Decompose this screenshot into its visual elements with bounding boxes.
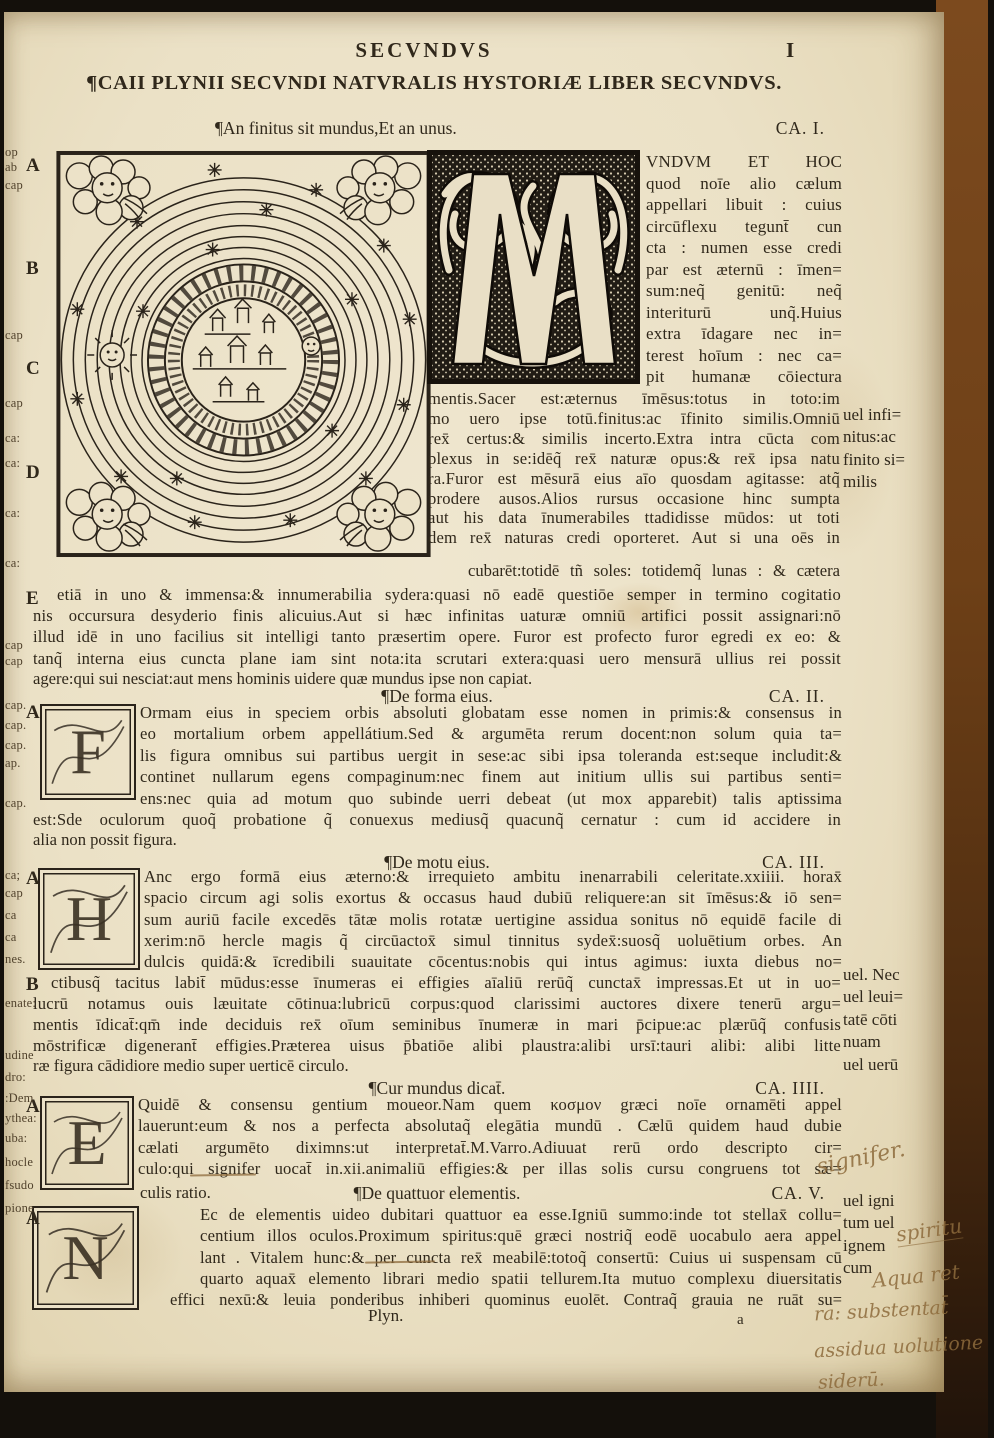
text-line: plexus in se:idēq̃ rex̄ naturæ opus:& re… bbox=[428, 449, 840, 469]
initial-M-woodcut bbox=[427, 150, 640, 384]
text-line: culo:qui signifer uocat̄ in.xii.animaliū… bbox=[138, 1158, 842, 1179]
text-line: par est æternū : īmen= bbox=[646, 259, 842, 281]
text-line: sum:neq̃ genitū: neq̃ bbox=[646, 280, 842, 302]
text-line: cælati argumēto diximns:ut interpretat̄.… bbox=[138, 1137, 842, 1158]
note-line: nitus:ac bbox=[843, 426, 939, 448]
note-line: uel uerū bbox=[843, 1054, 939, 1076]
edge-fragment: :Dem bbox=[5, 1091, 34, 1106]
text-line: aut his data īnumerabiles ttadidisse mūd… bbox=[428, 508, 840, 528]
edge-fragment: cap bbox=[5, 178, 23, 193]
edge-fragment: cap bbox=[5, 654, 23, 669]
text-line: quod noīe alio cælum bbox=[646, 173, 842, 195]
edge-fragment: cap bbox=[5, 396, 23, 411]
text-line: spacio circum agi solis exortus & occasu… bbox=[144, 887, 842, 908]
text-line: sum auriū facile excedēs tātæ molis rota… bbox=[144, 909, 842, 930]
text-line: xerim:nō hercle magis q̃ circūactox̄ sim… bbox=[144, 930, 842, 951]
chapter-3-fullwidth: ctibusq̃ tacitus labit̄ mūdus:esse īnume… bbox=[33, 972, 841, 1056]
initial-H-woodcut: H bbox=[38, 868, 140, 970]
book-page: SECVNDVS I ¶CAII PLYNII SECVNDI NATVRALI… bbox=[4, 12, 944, 1392]
edge-fragment: ca; bbox=[5, 868, 20, 883]
text-line: extra īdagare nec in= bbox=[646, 323, 842, 345]
running-head: SECVNDVS bbox=[4, 38, 844, 63]
edge-fragment: op bbox=[5, 145, 18, 160]
margin-letter: C bbox=[26, 358, 52, 380]
chapter-1-fullwidth: etiā in uno & immensa:& innumerabilia sy… bbox=[33, 584, 841, 669]
margin-letter: B bbox=[26, 258, 52, 280]
edge-fragment: ap. bbox=[5, 756, 21, 771]
chapter-2-last-line: alia non possit figura. bbox=[33, 830, 177, 850]
edge-fragment: enate: bbox=[5, 996, 36, 1011]
printed-margin-note-2: uel. Necuel leui=tatē cōtinuamuel uerū bbox=[843, 964, 939, 1076]
edge-fragment: ythea: bbox=[5, 1111, 37, 1126]
text-line: ctibusq̃ tacitus labit̄ mūdus:esse īnume… bbox=[33, 972, 841, 993]
text-line: etiā in uno & immensa:& innumerabilia sy… bbox=[33, 584, 841, 605]
folio-number: I bbox=[786, 38, 795, 63]
chapter-2-fullwidth: est:Sde oculorum quoq̃ probatione q̃ con… bbox=[33, 809, 841, 830]
text-line: VNDVM ET HOC bbox=[646, 151, 842, 173]
edge-fragment: fsudo bbox=[5, 1178, 34, 1193]
chapter-2-text: Ormam eius in speciem orbis absoluti glo… bbox=[140, 702, 842, 809]
chapter-1-column: VNDVM ET HOCquod noīe alio cælumappellar… bbox=[646, 151, 842, 388]
text-line: Ormam eius in speciem orbis absoluti glo… bbox=[140, 702, 842, 723]
note-line: tatē cōti bbox=[843, 1009, 939, 1031]
text-line: dulcis quidā:& īcredibili suauitate cōce… bbox=[144, 951, 842, 972]
edge-fragment: ca bbox=[5, 930, 17, 945]
margin-letter: A bbox=[26, 868, 52, 890]
chapter-5-number: CA. V. bbox=[771, 1183, 825, 1204]
text-line: mentis.Sacer est:æternus īmēsus:totus in… bbox=[428, 389, 840, 409]
text-line: cta : numen esse credi bbox=[646, 237, 842, 259]
chapter-5-last-line: effici nexū:& leuia ponderibus inhiberi … bbox=[170, 1290, 842, 1310]
text-line: Quidē & consensu gentium moueor.Nam quem… bbox=[138, 1094, 842, 1115]
chapter-3-text: Anc ergo formā eius æterno:& irrequieto … bbox=[144, 866, 842, 972]
chapter-4-text: Quidē & consensu gentium moueor.Nam quem… bbox=[138, 1094, 842, 1179]
text-line: quarto aquax̄ elemento librari medio spa… bbox=[200, 1268, 842, 1289]
text-line: rex̄ certus:& similis incerto.Extra intr… bbox=[428, 429, 840, 449]
text-line: appellari libuit : cuius bbox=[646, 194, 842, 216]
margin-letter: A bbox=[26, 702, 52, 724]
initial-letter: N bbox=[62, 1226, 108, 1290]
edge-fragment: cap bbox=[5, 328, 23, 343]
sun-face bbox=[87, 330, 137, 380]
edge-fragment: ca: bbox=[5, 431, 20, 446]
initial-letter: F bbox=[70, 720, 106, 784]
edge-fragment: pione bbox=[5, 1201, 34, 1216]
text-line: ens:nec quia ad motum quo subinde uerri … bbox=[140, 788, 842, 809]
initial-E-woodcut: E bbox=[40, 1096, 134, 1190]
text-line: terest hoīum : nec ca= bbox=[646, 345, 842, 367]
note-line: uel. Nec bbox=[843, 964, 939, 986]
chapter-5-heading-row: culis ratio. ¶De quattuor elementis. CA.… bbox=[33, 1183, 841, 1205]
text-line: mōstrificæ digenerant̄ effigies.Præterea… bbox=[33, 1035, 841, 1056]
edge-fragment: cap. bbox=[5, 698, 26, 713]
edge-fragment: ca: bbox=[5, 556, 20, 571]
edge-fragment: ca: bbox=[5, 506, 20, 521]
edge-fragment: udine bbox=[5, 1048, 34, 1063]
text-line: eo mortalium orbem appellátium.Sed & arg… bbox=[140, 723, 842, 744]
text-line: mentis īdicat̄:qm̄ inde deciduis rex̄ oī… bbox=[33, 1014, 841, 1035]
edge-fragment: cap bbox=[5, 638, 23, 653]
text-line: illud idē in uno facilius sit intelligi … bbox=[33, 626, 841, 647]
note-line: uel igni bbox=[843, 1190, 939, 1212]
edge-fragment: hocle bbox=[5, 1155, 33, 1170]
text-line: mo uero ipse totū.finitus:ac īfinito sim… bbox=[428, 409, 840, 429]
margin-letter: B bbox=[26, 974, 52, 996]
cosmos-woodcut bbox=[55, 150, 432, 558]
book-title: ¶CAII PLYNII SECVNDI NATVRALIS HYSTORIÆ … bbox=[4, 72, 864, 95]
note-line: uel infi= bbox=[843, 404, 939, 426]
edge-fragment: cap. bbox=[5, 796, 26, 811]
text-line: lauerunt:eum & nos a perfecta absolutaq̃… bbox=[138, 1115, 842, 1136]
note-line: nuam bbox=[843, 1031, 939, 1053]
text-line: ra.Furor est mēsurā eius aīo quosdam agi… bbox=[428, 469, 840, 489]
catchword: Plyn. bbox=[368, 1306, 403, 1326]
wind-head-ne bbox=[337, 156, 421, 225]
margin-letter: D bbox=[26, 462, 52, 484]
chapter-1-hanging-line: cubarēt:totidē tñ soles: totidemq̃ lunas… bbox=[468, 561, 840, 581]
photo-backdrop: SECVNDVS I ¶CAII PLYNII SECVNDI NATVRALI… bbox=[0, 0, 994, 1438]
text-line: Anc ergo formā eius æterno:& irrequieto … bbox=[144, 866, 842, 887]
edge-fragment: ab bbox=[5, 160, 17, 175]
chapter-1-heading-row: ¶An finitus sit mundus,Et an unus. CA. I… bbox=[33, 118, 841, 140]
earth-buildings bbox=[193, 299, 287, 401]
chapter-3-last-line: ræ figura cādidiore medio super uerticē … bbox=[33, 1056, 349, 1076]
moon-face bbox=[302, 337, 320, 355]
note-line: uel leui= bbox=[843, 986, 939, 1008]
edge-fragment: dro: bbox=[5, 1070, 26, 1085]
edge-fragment: ca bbox=[5, 908, 17, 923]
chapter-5-heading: ¶De quattuor elementis. bbox=[33, 1183, 841, 1204]
text-line: lucrū notamus ouis læuitate cōtinua:lubr… bbox=[33, 993, 841, 1014]
text-line: pit humanæ cōiectura bbox=[646, 366, 842, 388]
margin-letter: A bbox=[26, 155, 52, 177]
chapter-1-number: CA. I. bbox=[776, 118, 825, 139]
text-line: prodere ausos.Alios rursus occasione hin… bbox=[428, 489, 840, 509]
note-line: finito si= bbox=[843, 449, 939, 471]
handwritten-note: siderū. bbox=[817, 1368, 885, 1393]
margin-letter: E bbox=[26, 588, 52, 610]
text-line: lis figura omnibus sui partibus uergit i… bbox=[140, 745, 842, 766]
chapter-5-text: Ec de elementis uideo dubitari quattuor … bbox=[200, 1204, 842, 1290]
edge-fragment: nes. bbox=[5, 952, 26, 967]
initial-letter: H bbox=[66, 887, 112, 951]
initial-letter: E bbox=[67, 1111, 106, 1175]
text-line: lant . Vitalem hunc:& per cuncta rex̄ me… bbox=[200, 1247, 842, 1268]
text-line: interiturū unq̃.Huius bbox=[646, 302, 842, 324]
text-line: dem rex̄ naturas credi oporteret. Aut si… bbox=[428, 528, 840, 548]
text-line: nis occursura desyderio finis alicuius.A… bbox=[33, 605, 841, 626]
chapter-1-heading: ¶An finitus sit mundus,Et an unus. bbox=[215, 118, 457, 139]
edge-fragment: cap bbox=[5, 886, 23, 901]
wind-head-nw bbox=[66, 156, 150, 225]
note-line: milis bbox=[843, 471, 939, 493]
edge-fragment: uba: bbox=[5, 1131, 27, 1146]
text-line: circūflexu tegunt̄ cun bbox=[646, 216, 842, 238]
text-line: tanq̃ interna eius cuncta plane iam sint… bbox=[33, 648, 841, 669]
text-line: Ec de elementis uideo dubitari quattuor … bbox=[200, 1204, 842, 1225]
edge-fragment: cap. bbox=[5, 718, 26, 733]
signature-mark: a bbox=[737, 1312, 744, 1329]
text-line: est:Sde oculorum quoq̃ probatione q̃ con… bbox=[33, 809, 841, 830]
text-line: continet nullarum egens compaginum:nec f… bbox=[140, 766, 842, 787]
initial-F-woodcut: F bbox=[40, 704, 136, 800]
edge-fragment: ca: bbox=[5, 456, 20, 471]
printed-margin-note-1: uel infi=nitus:acfinito si=milis bbox=[843, 404, 939, 494]
chapter-1-midblock: mentis.Sacer est:æternus īmēsus:totus in… bbox=[428, 389, 840, 548]
text-line: centium illos oculos.Proximum spiritus:q… bbox=[200, 1225, 842, 1246]
edge-fragment: cap. bbox=[5, 738, 26, 753]
